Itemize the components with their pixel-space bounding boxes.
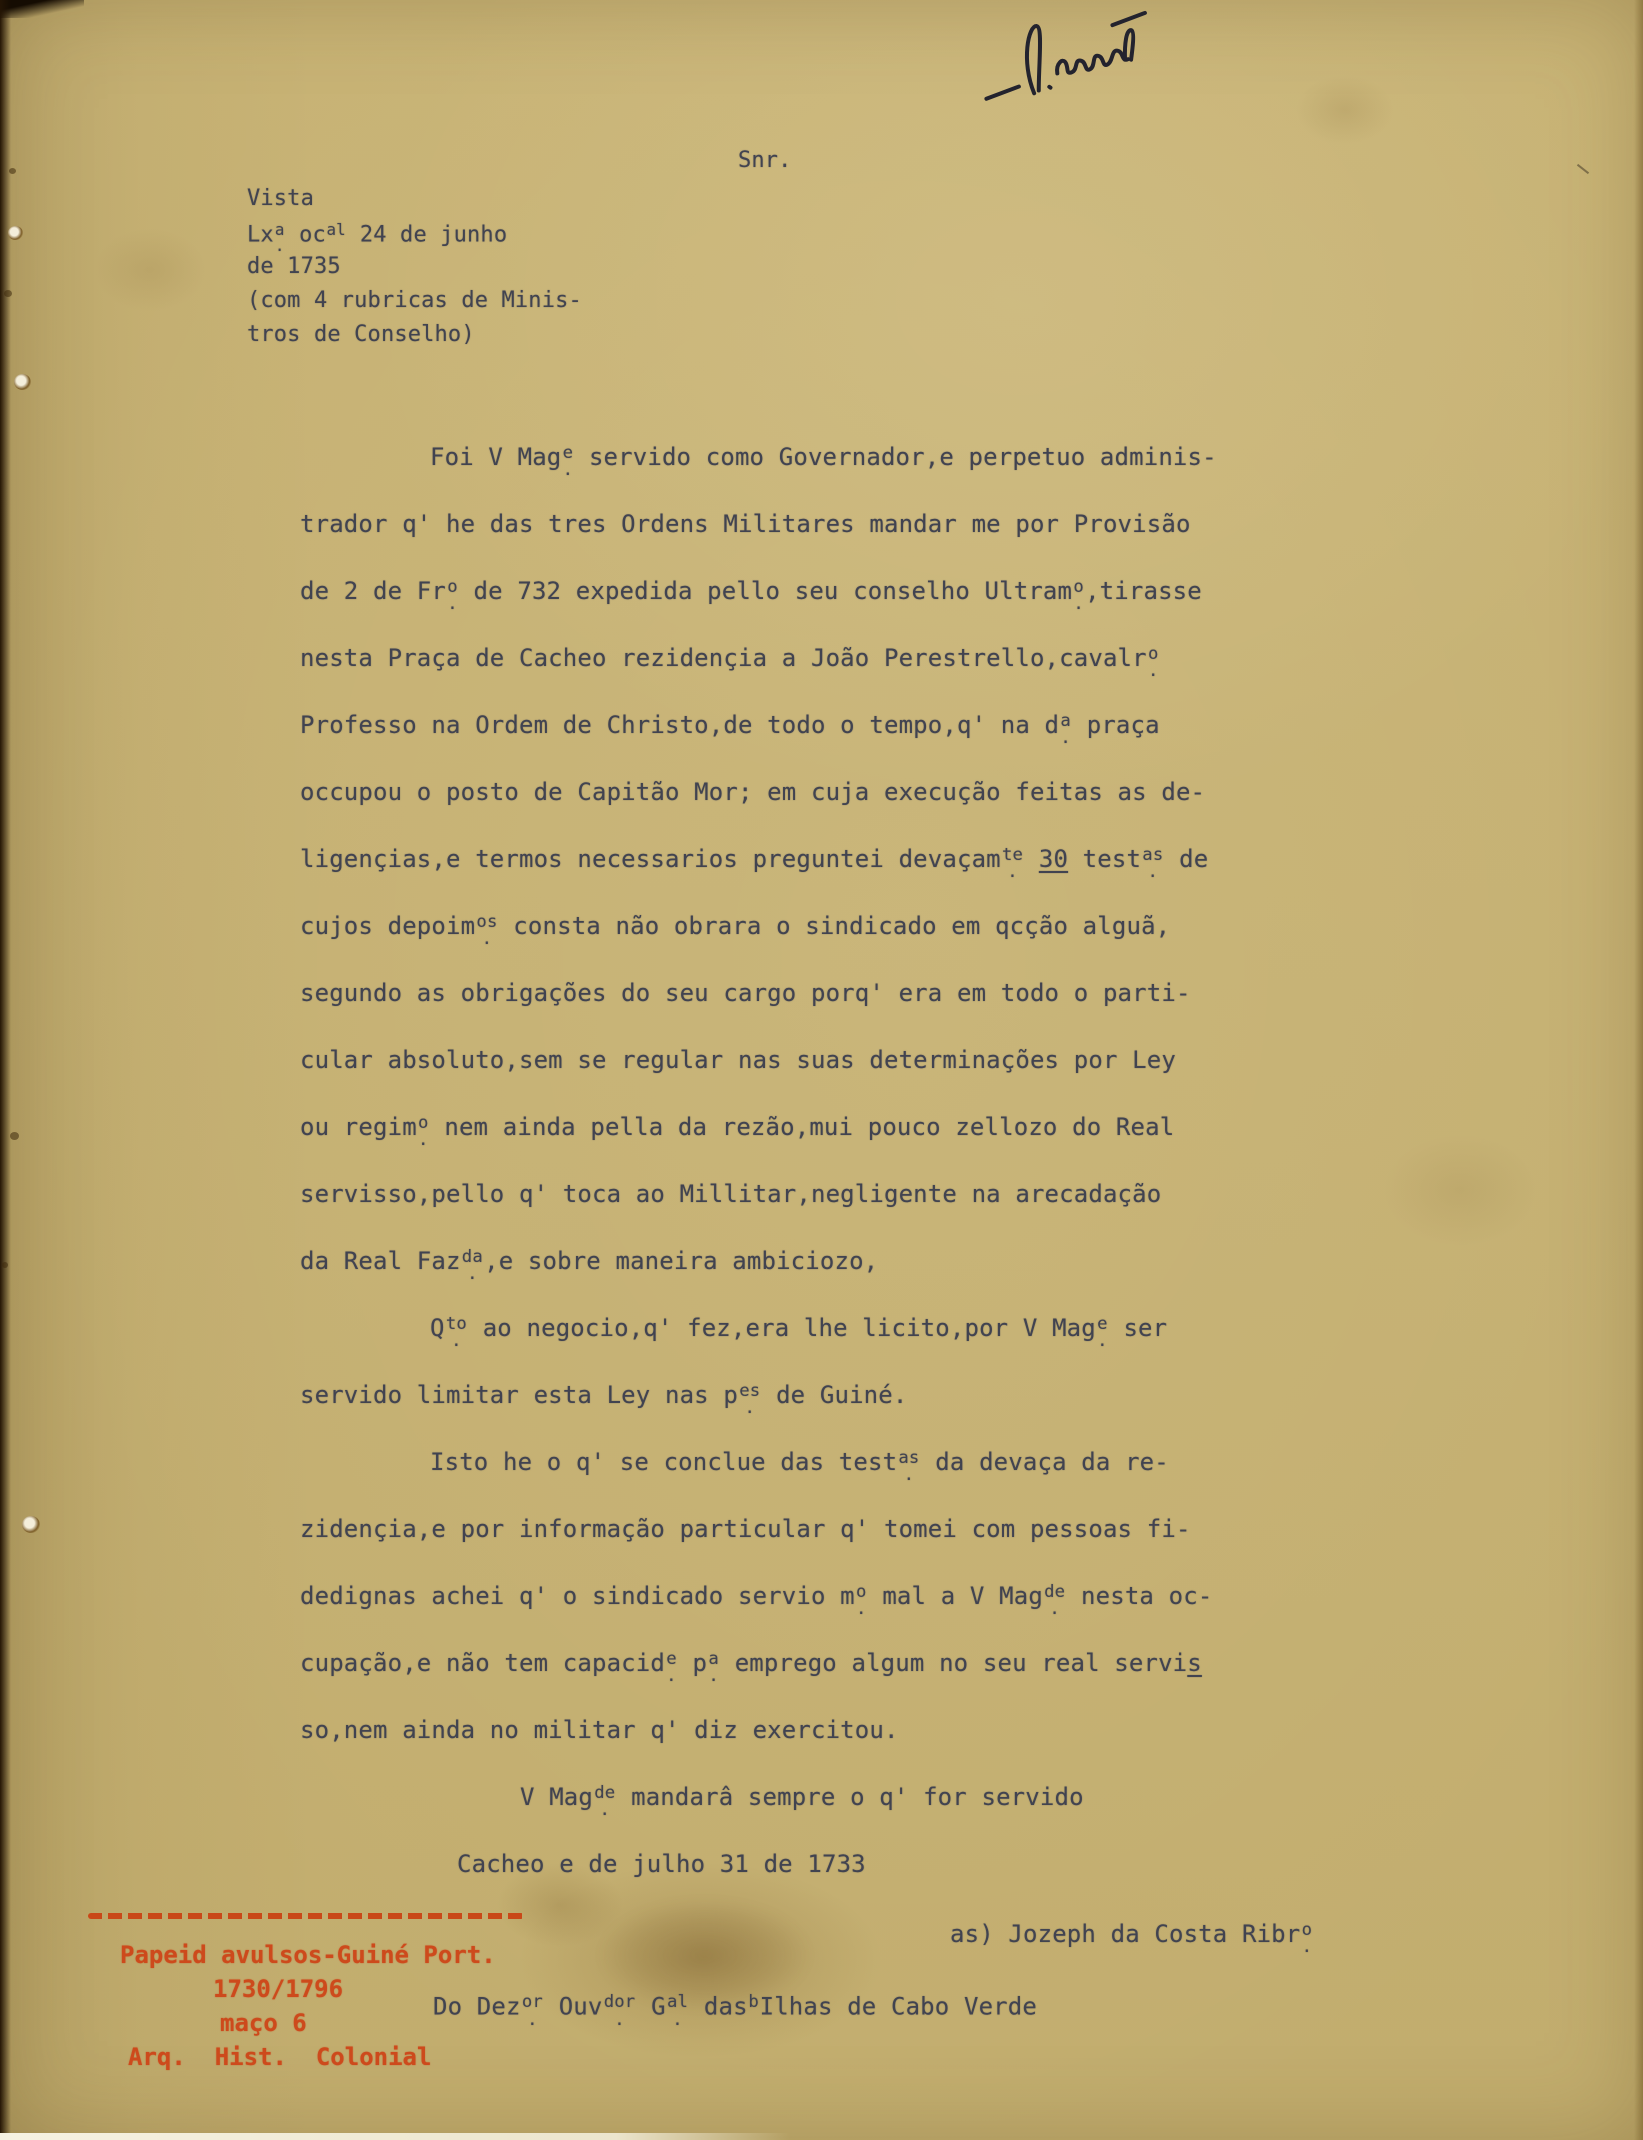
typewritten-line: Qto. ao negocio,q' fez,era lhe licito,po…	[300, 1314, 1260, 1381]
letter-body-block: Foi V Mage. servido como Governador,e pe…	[300, 443, 1260, 1917]
scan-corner-shadow	[0, 0, 84, 18]
worm-hole	[8, 226, 23, 240]
margin-annotation-block: VistaLxa. ocal 24 de junhode 1735(com 4 …	[247, 186, 582, 356]
paper-speck	[4, 290, 12, 297]
paper-speck	[9, 168, 16, 174]
typewritten-line: nesta Praça de Cacheo rezidençia a João …	[300, 644, 1260, 711]
typewritten-line: da Real Fazda.,e sobre maneira ambiciozo…	[300, 1247, 1260, 1314]
typewritten-line: trador q' he das tres Ordens Militares m…	[300, 510, 1260, 577]
typewritten-line: ou regimo. nem ainda pella da rezão,mui …	[300, 1113, 1260, 1180]
typewritten-line: occupou o posto de Capitão Mor; em cuja …	[300, 778, 1260, 845]
typewritten-line: Professo na Ordem de Christo,de todo o t…	[300, 711, 1260, 778]
typewritten-line: servido limitar esta Ley nas pes. de Gui…	[300, 1381, 1260, 1448]
typewritten-line: cular absoluto,sem se regular nas suas d…	[300, 1046, 1260, 1113]
typewritten-line: Cacheo e de julho 31 de 1733	[300, 1850, 1260, 1917]
annotation-line: de 1735	[247, 254, 582, 288]
worm-hole	[22, 1516, 40, 1533]
typewritten-line: cujos depoimos. consta não obrara o sind…	[300, 912, 1260, 979]
typewritten-line: servisso,pello q' toca ao Millitar,negli…	[300, 1180, 1260, 1247]
typewritten-line: segundo as obrigações do seu cargo porq'…	[300, 979, 1260, 1046]
archive-stamp-block: Papeid avulsos-Guiné Port.1730/1796maço …	[88, 1913, 524, 2077]
typewritten-line: ligençias,e termos necessarios preguntei…	[300, 845, 1260, 912]
stamp-line: 1730/1796	[213, 1975, 524, 2009]
handwritten-signature	[969, 0, 1161, 118]
annotation-line: Lxa. ocal 24 de junho	[247, 220, 582, 254]
scan-left-edge	[0, 0, 11, 2140]
salutation: Snr.	[738, 148, 792, 173]
paper-speck	[2, 1262, 8, 1268]
typewritten-line: dedignas achei q' o sindicado servio mo.…	[300, 1582, 1260, 1649]
stamp-line: Papeid avulsos-Guiné Port.	[120, 1941, 524, 1975]
scan-bottom-edge	[0, 2133, 790, 2140]
annotation-line: (com 4 rubricas de Minis-	[247, 288, 582, 322]
annotation-line: tros de Conselho)	[247, 322, 582, 356]
scan-right-edge	[1634, 0, 1643, 2140]
typewritten-line: Foi V Mage. servido como Governador,e pe…	[300, 443, 1260, 510]
typewritten-line: cupação,e não tem capacide. pa. emprego …	[300, 1649, 1260, 1716]
typewritten-line: Isto he o q' se conclue das testas. da d…	[300, 1448, 1260, 1515]
typewritten-line: de 2 de Fro. de 732 expedida pello seu c…	[300, 577, 1260, 644]
stamp-line: Arq. Hist. Colonial	[128, 2043, 524, 2077]
typewritten-line: so,nem ainda no militar q' diz exercitou…	[300, 1716, 1260, 1783]
paper-speck	[10, 1132, 19, 1140]
annotation-line: Vista	[247, 186, 582, 220]
typewritten-line: zidençia,e por informação particular q' …	[300, 1515, 1260, 1582]
worm-hole	[14, 374, 31, 390]
typewritten-line: V Magde. mandarâ sempre o q' for servido	[300, 1783, 1260, 1850]
pen-mark	[1577, 164, 1589, 174]
archive-stamp-lines: Papeid avulsos-Guiné Port.1730/1796maço …	[88, 1941, 524, 2077]
stamp-line: maço 6	[220, 2009, 524, 2043]
stamp-dashed-rule	[88, 1913, 524, 1919]
document-scan-page: VistaLxa. ocal 24 de junhode 1735(com 4 …	[0, 0, 1643, 2140]
